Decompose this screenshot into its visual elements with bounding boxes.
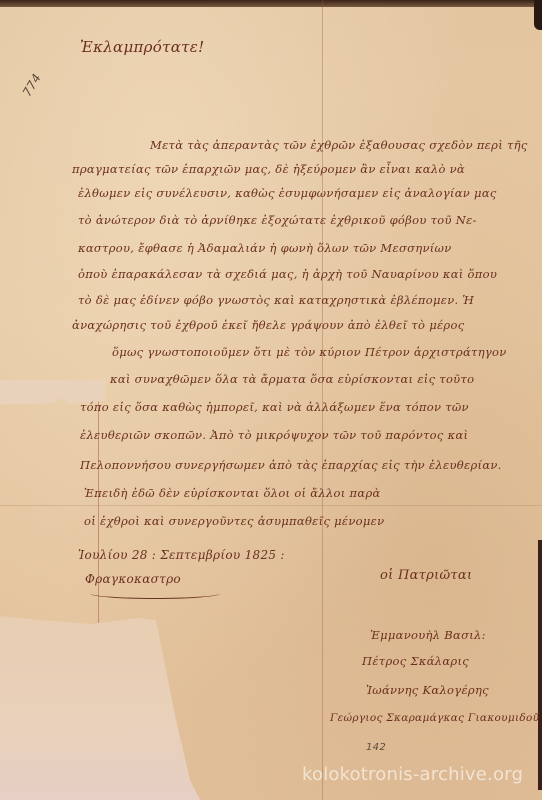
page-right-shadow	[538, 540, 542, 790]
body-line: οἱ ἐχθροὶ καὶ συνεργοῦντες ἀσυμπαθεῖς μέ…	[84, 514, 384, 528]
archive-number: 774	[20, 71, 44, 99]
body-line: ἀναχώρησις τοῦ ἐχθροῦ ἐκεῖ ἤθελε γράψουν…	[72, 318, 464, 332]
manuscript-page: 774 Ἐκλαμπρότατε! Μετὰ τὰς ἀπεραντὰς τῶν…	[0, 0, 542, 800]
body-line: τὸ ἀνώτερον διὰ τὸ ἀρνίθηκε ἐξοχώτατε ἐχ…	[78, 213, 477, 227]
body-line: ὁποὺ ἐπαρακάλεσαν τὰ σχεδιά μας, ἡ ἀρχὴ …	[78, 267, 497, 281]
horizontal-fold-line	[0, 505, 542, 506]
flourish-underline	[90, 588, 220, 599]
body-line: ἐλθωμεν εἰς συνέλευσιν, καθὼς ἐσυμφωνήσα…	[78, 186, 497, 200]
signature: Γεώργιος Σκαραμάγκας Γιακουμιδοῦ	[330, 712, 539, 724]
signature: Ἐμμανουὴλ Βασιλ:	[370, 628, 486, 642]
body-line: πραγματείας τῶν ἐπαρχιῶν μας, δὲ ἠξεύρομ…	[72, 162, 465, 176]
body-line: καὶ συναχθῶμεν ὅλα τὰ ἄρματα ὅσα εὑρίσκο…	[110, 372, 474, 386]
signature: Πέτρος Σκάλαρις	[362, 654, 469, 668]
signature: Ἰωάννης Καλογέρης	[366, 683, 489, 697]
letter-place: Φραγκοκαστρο	[85, 572, 181, 586]
torn-missing-region	[0, 600, 200, 800]
letter-date: Ἰουλίου 28 : Σεπτεμβρίου 1825 :	[78, 548, 285, 562]
body-line: Μετὰ τὰς ἀπεραντὰς τῶν ἐχθρῶν ἐξαθουσας …	[150, 138, 528, 152]
page-number: 142	[366, 742, 386, 753]
body-line: καστρου, ἔφθασε ἡ Ἀδαμαλιάν ἡ φωνὴ ὅλων …	[78, 241, 452, 255]
body-line: τόπο εἰς ὅσα καθὼς ἠμπορεῖ, καὶ νὰ ἀλλάξ…	[80, 400, 469, 414]
archive-watermark: kolokotronis-archive.org	[302, 764, 523, 785]
page-corner-shadow	[534, 0, 542, 30]
body-line: Πελοποννήσου συνεργήσωμεν ἀπὸ τὰς ἐπαρχί…	[80, 458, 502, 472]
page-top-edge	[0, 0, 542, 7]
body-line: ἐλευθεριῶν σκοπῶν. Ἀπὸ τὸ μικρόψυχον τῶν…	[80, 428, 468, 442]
closing: οἱ Πατριῶται	[380, 568, 472, 583]
body-line: ὅμως γνωστοποιοῦμεν ὅτι μὲ τὸν κύριον Πέ…	[112, 345, 507, 359]
body-line: τὸ δὲ μας ἐδίνεν φόβο γνωστὸς καὶ καταχρ…	[78, 293, 474, 307]
body-line: Ἐπειδὴ ἐδῶ δὲν εὑρίσκονται ὅλοι οἱ ἄλλοι…	[84, 486, 381, 500]
salutation: Ἐκλαμπρότατε!	[80, 38, 204, 56]
